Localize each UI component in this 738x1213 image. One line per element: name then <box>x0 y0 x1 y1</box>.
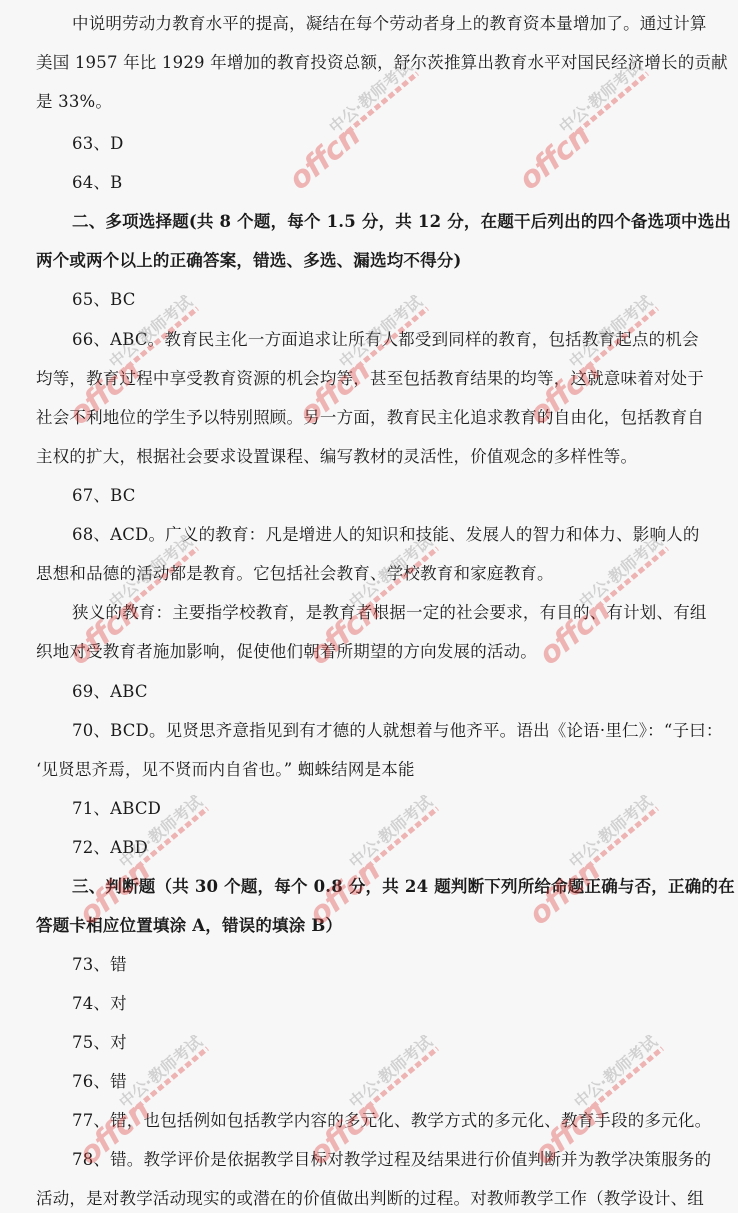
answer-76: 76、错 <box>0 1062 738 1101</box>
text-line: 思想和品德的活动都是教育。它包括社会教育、学校教育和家庭教育。 <box>0 554 738 593</box>
text-line: 社会不利地位的学生予以特别照顾。另一方面，教育民主化追求教育的自由化，包括教育自 <box>0 398 738 437</box>
section-heading-true-false: 三、判断题（共 30 个题，每个 0.8 分，共 24 题判断下列所给命题正确与… <box>0 867 738 945</box>
text-line: 三、判断题（共 30 个题，每个 0.8 分，共 24 题判断下列所给命题正确与… <box>0 867 738 906</box>
answer-64: 64、B <box>0 163 738 202</box>
text-line: 67、BC <box>0 476 738 515</box>
text-line: ‘见贤思齐焉，见不贤而内自省也。” 蜘蛛结网是本能 <box>0 750 738 789</box>
text-line: 66、ABC。教育民主化一方面追求让所有人都受到同样的教育，包括教育起点的机会 <box>0 320 738 359</box>
paragraph-economic-contribution: 中说明劳动力教育水平的提高，凝结在每个劳动者身上的教育资本量增加了。通过计算 美… <box>0 4 738 121</box>
text-line: 织地对受教育者施加影响，促使他们朝着所期望的方向发展的活动。 <box>0 632 738 671</box>
answer-78: 78、错。教学评价是依据教学目标对教学过程及结果进行价值判断并为教学决策服务的 … <box>0 1140 738 1213</box>
text-line: 77、错，也包括例如包括教学内容的多元化、教学方式的多元化、教育手段的多元化。 <box>0 1101 738 1140</box>
text-line: 是 33%。 <box>0 82 738 121</box>
answer-75: 75、对 <box>0 1023 738 1062</box>
answer-74: 74、对 <box>0 984 738 1023</box>
text-line: 68、ACD。广义的教育：凡是增进人的知识和技能、发展人的智力和体力、影响人的 <box>0 515 738 554</box>
answer-71: 71、ABCD <box>0 789 738 828</box>
text-line: 64、B <box>0 163 738 202</box>
answer-72: 72、ABD <box>0 828 738 867</box>
answer-77: 77、错，也包括例如包括教学内容的多元化、教学方式的多元化、教育手段的多元化。 <box>0 1101 738 1140</box>
text-line: 狭义的教育：主要指学校教育，是教育者根据一定的社会要求，有目的、有计划、有组 <box>0 593 738 632</box>
text-line: 二、多项选择题(共 8 个题，每个 1.5 分，共 12 分，在题干后列出的四个… <box>0 202 738 241</box>
text-line: 73、错 <box>0 945 738 984</box>
text-line: 63、D <box>0 124 738 163</box>
answer-68: 68、ACD。广义的教育：凡是增进人的知识和技能、发展人的智力和体力、影响人的 … <box>0 515 738 593</box>
answer-69: 69、ABC <box>0 672 738 711</box>
text-line: 75、对 <box>0 1023 738 1062</box>
text-line: 答题卡相应位置填涂 A，错误的填涂 B） <box>0 906 738 945</box>
document-page: 中说明劳动力教育水平的提高，凝结在每个劳动者身上的教育资本量增加了。通过计算 美… <box>0 0 738 1213</box>
text-line: 65、BC <box>0 280 738 319</box>
text-line: 均等，教育过程中享受教育资源的机会均等，甚至包括教育结果的均等，这就意味着对处于 <box>0 359 738 398</box>
text-line: 中说明劳动力教育水平的提高，凝结在每个劳动者身上的教育资本量增加了。通过计算 <box>0 4 738 43</box>
section-heading-multiple-choice: 二、多项选择题(共 8 个题，每个 1.5 分，共 12 分，在题干后列出的四个… <box>0 202 738 280</box>
text-line: 活动，是对教学活动现实的或潜在的价值做出判断的过程。对教师教学工作（教学设计、组 <box>0 1179 738 1213</box>
text-line: 72、ABD <box>0 828 738 867</box>
answer-65: 65、BC <box>0 280 738 319</box>
text-line: 两个或两个以上的正确答案，错选、多选、漏选均不得分) <box>0 241 738 280</box>
text-line: 76、错 <box>0 1062 738 1101</box>
text-line: 74、对 <box>0 984 738 1023</box>
answer-73: 73、错 <box>0 945 738 984</box>
text-line: 主权的扩大，根据社会要求设置课程、编写教材的灵活性，价值观念的多样性等。 <box>0 437 738 476</box>
answer-67: 67、BC <box>0 476 738 515</box>
answer-70: 70、BCD。见贤思齐意指见到有才德的人就想着与他齐平。语出《论语·里仁》：“子… <box>0 711 738 789</box>
text-line: 71、ABCD <box>0 789 738 828</box>
text-line: 78、错。教学评价是依据教学目标对教学过程及结果进行价值判断并为教学决策服务的 <box>0 1140 738 1179</box>
text-line: 美国 1957 年比 1929 年增加的教育投资总额，舒尔茨推算出教育水平对国民… <box>0 43 738 82</box>
answer-66: 66、ABC。教育民主化一方面追求让所有人都受到同样的教育，包括教育起点的机会 … <box>0 320 738 476</box>
text-line: 69、ABC <box>0 672 738 711</box>
text-line: 70、BCD。见贤思齐意指见到有才德的人就想着与他齐平。语出《论语·里仁》：“子… <box>0 711 738 750</box>
answer-68-narrow-education: 狭义的教育：主要指学校教育，是教育者根据一定的社会要求，有目的、有计划、有组 织… <box>0 593 738 671</box>
answer-63: 63、D <box>0 124 738 163</box>
